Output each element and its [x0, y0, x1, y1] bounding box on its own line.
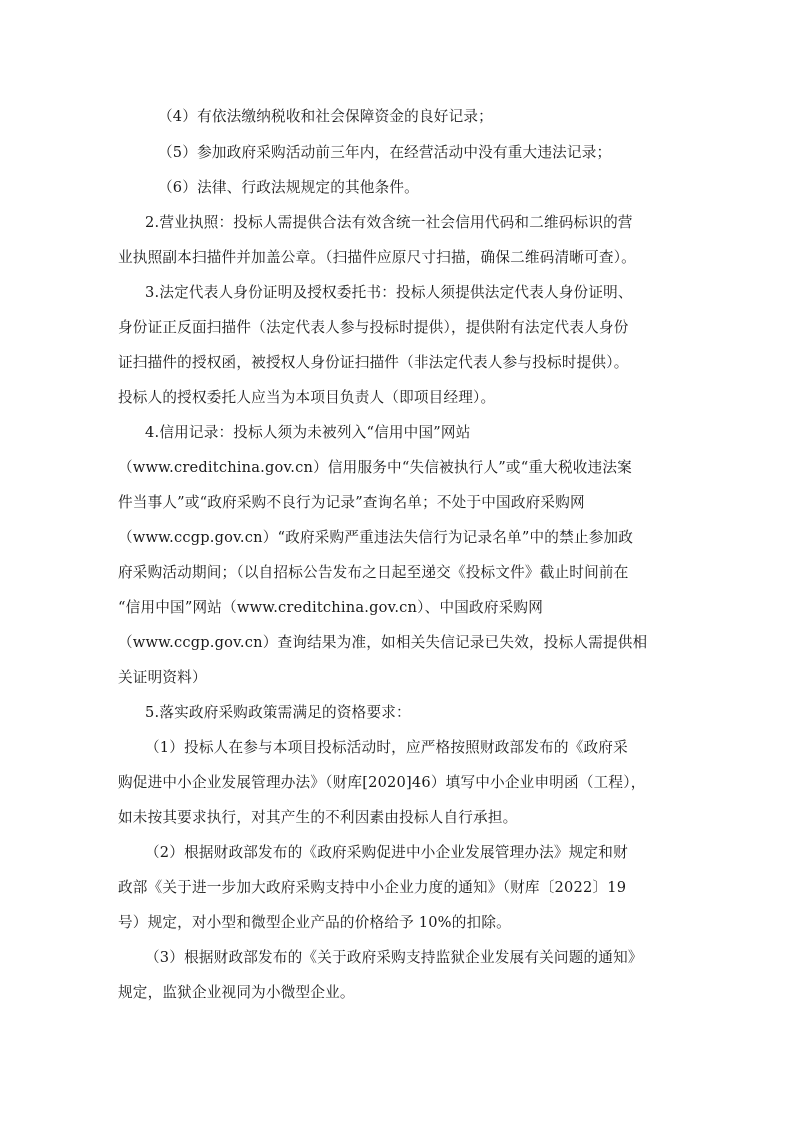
text-line: 府采购活动期间；（以自招标公告发布之日起至递交《投标文件》截止时间前在 — [118, 563, 628, 583]
text-line: 投标人的授权委托人应当为本项目负责人（即项目经理）。 — [118, 388, 495, 408]
condition-6: （6）法律、行政法规规定的其他条件。 — [158, 178, 419, 198]
text-line: 关证明资料） — [118, 668, 207, 688]
text-line: （www.ccgp.gov.cn）查询结果为准，如相关失信记录已失效，投标人需提… — [118, 633, 647, 653]
text-line: 号）规定，对小型和微型企业产品的价格给予 10%的扣除。 — [118, 913, 511, 933]
condition-4: （4）有依法缴纳税收和社会保障资金的良好记录； — [158, 107, 493, 127]
condition-5: （5）参加政府采购活动前三年内，在经营活动中没有重大违法记录； — [158, 143, 611, 163]
text-line: 身份证正反面扫描件（法定代表人参与投标时提供），提供附有法定代表人身份 — [118, 318, 628, 338]
text-line: “信用中国”网站（www.creditchina.gov.cn）、中国政府采购网 — [118, 598, 543, 618]
text-line: 如未按其要求执行，对其产生的不利因素由投标人自行承担。 — [118, 808, 517, 828]
policy-item-1: （1）投标人在参与本项目投标活动时，应严格按照财政部发布的《政府采 — [145, 738, 628, 758]
section-4-credit-record: 4.信用记录：投标人须为未被列入“信用中国”网站 — [145, 423, 471, 443]
policy-item-2: （2）根据财政部发布的《政府采购促进中小企业发展管理办法》规定和财 — [145, 843, 628, 863]
text-line: 购促进中小企业发展管理办法》（财库[2020]46）填写中小企业申明函（工程）， — [118, 773, 646, 793]
text-line: 规定，监狱企业视同为小微型企业。 — [118, 983, 355, 1003]
section-2-business-license: 2.营业执照：投标人需提供合法有效含统一社会信用代码和二维码标识的营 — [145, 213, 633, 233]
text-line: 件当事人”或“政府采购不良行为记录”查询名单；不处于中国政府采购网 — [118, 493, 585, 513]
text-line: （www.ccgp.gov.cn）“政府采购严重违法失信行为记录名单”中的禁止参… — [118, 528, 633, 548]
text-line: 业执照副本扫描件并加盖公章。（扫描件应原尺寸扫描，确保二维码清晰可查）。 — [118, 248, 636, 268]
text-line: 证扫描件的授权函，被授权人身份证扫描件（非法定代表人参与投标时提供）。 — [118, 353, 628, 373]
section-3-legal-rep: 3.法定代表人身份证明及授权委托书：投标人须提供法定代表人身份证明、 — [145, 283, 633, 303]
policy-item-3: （3）根据财政部发布的《关于政府采购支持监狱企业发展有关问题的通知》 — [145, 948, 643, 968]
text-line: 政部《关于进一步加大政府采购支持中小企业力度的通知》（财库〔2022〕19 — [118, 878, 626, 898]
text-line: （www.creditchina.gov.cn）信用服务中“失信被执行人”或“重… — [118, 458, 632, 478]
section-5-policy-requirements: 5.落实政府采购政策需满足的资格要求： — [145, 703, 411, 723]
